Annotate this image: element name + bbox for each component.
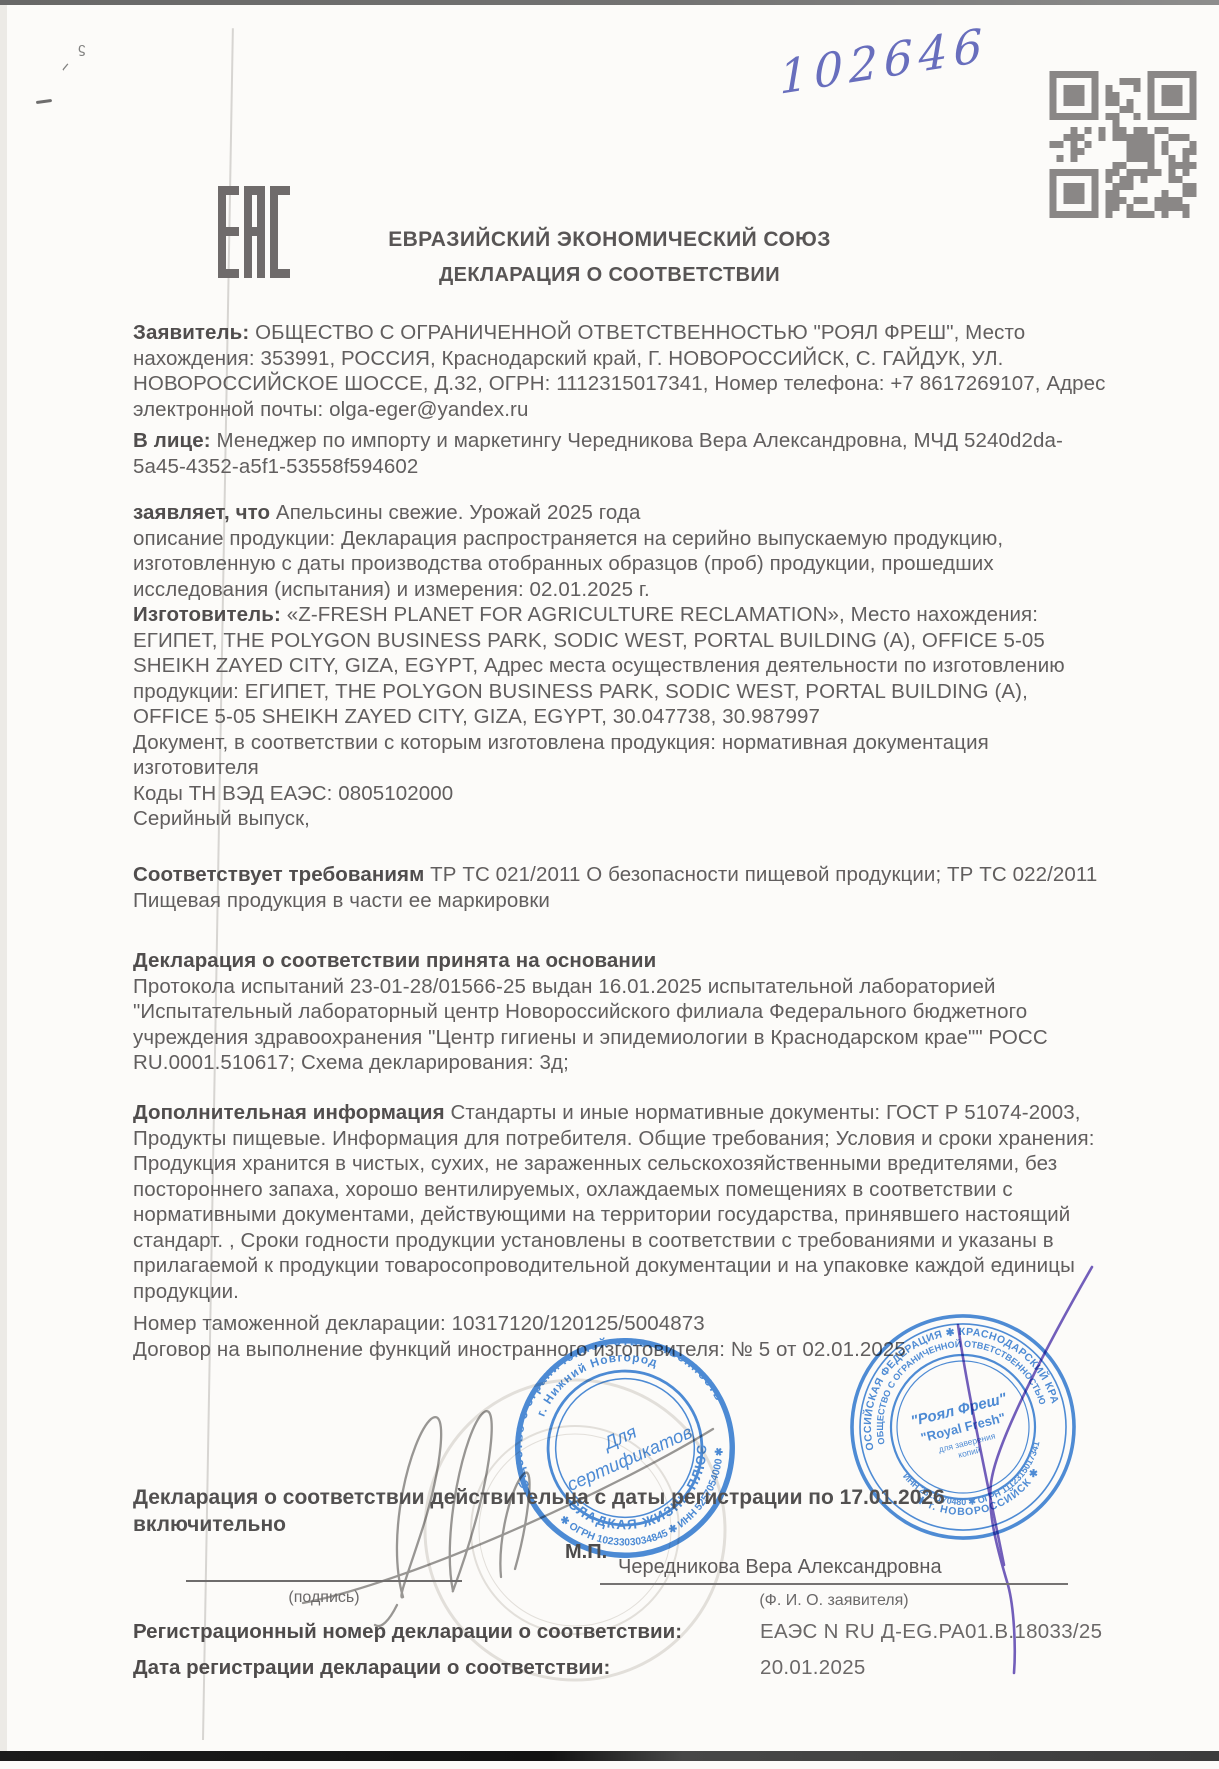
basis-label: Декларация о соответствии принята на осн…: [133, 948, 1108, 974]
registration-date-value: 20.01.2025: [760, 1656, 866, 1680]
ink-speck: [36, 99, 52, 104]
registration-number-label: Регистрационный номер декларации о соотв…: [133, 1620, 682, 1644]
product-description: описание продукции: Декларация распростр…: [133, 526, 1108, 603]
applicant-label: Заявитель:: [133, 321, 249, 344]
ink-speck: ι: [59, 59, 72, 74]
declares-label: заявляет, что: [133, 501, 270, 524]
manufacture-document-line: Документ, в соответствии с которым изгот…: [133, 730, 1108, 781]
declaration-document: ϛ ι 102646 ЕВРАЗИЙСКИЙ ЭКОНОМИЧЕСКИЙ СОЮ…: [0, 0, 1219, 1769]
tnved-code-line: Коды ТН ВЭД ЕАЭС: 0805102000: [133, 781, 1108, 807]
stamp-place-label: М.П.: [565, 1541, 607, 1564]
basis-text: Протокола испытаний 23-01-28/01566-25 вы…: [133, 974, 1108, 1076]
applicant-paragraph: Заявитель: ОБЩЕСТВО С ОГРАНИЧЕННОЙ ОТВЕТ…: [133, 320, 1108, 422]
basis-paragraph: Декларация о соответствии принята на осн…: [133, 948, 1108, 1076]
registration-number-value: ЕАЭС N RU Д-EG.РА01.В.18033/25: [760, 1620, 1102, 1644]
ink-speck: ϛ: [78, 40, 86, 57]
qr-code-icon: [1048, 71, 1198, 218]
validity-statement: Декларация о соответствии действительна …: [133, 1484, 1013, 1538]
scan-edge-top: [0, 0, 1219, 5]
scan-edge-bottom: [0, 1751, 1219, 1761]
representative-paragraph: В лице: Менеджер по импорту и маркетингу…: [133, 428, 1108, 479]
product-name: Апельсины свежие. Урожай 2025 года: [270, 501, 640, 524]
additional-info-label: Дополнительная информация: [133, 1101, 445, 1124]
registration-date-label: Дата регистрации декларации о соответств…: [133, 1656, 610, 1680]
representative-text: Менеджер по импорту и маркетингу Чередни…: [133, 429, 1063, 478]
fio-line: [600, 1583, 1068, 1585]
handwritten-number: 102646: [779, 17, 989, 105]
manufacturer-label: Изготовитель:: [133, 603, 281, 626]
representative-label: В лице:: [133, 429, 211, 452]
serial-release-line: Серийный выпуск,: [133, 806, 1108, 832]
union-title: ЕВРАЗИЙСКИЙ ЭКОНОМИЧЕСКИЙ СОЮЗ: [0, 228, 1219, 252]
document-title: ДЕКЛАРАЦИЯ О СООТВЕТСТВИИ: [0, 264, 1219, 287]
compliance-paragraph: Соответствует требованиям ТР ТС 021/2011…: [133, 862, 1108, 913]
signer-name: Чередникова Вера Александровна: [618, 1556, 942, 1579]
applicant-text: ОБЩЕСТВО С ОГРАНИЧЕННОЙ ОТВЕТСТВЕННОСТЬЮ…: [133, 321, 1106, 421]
signature-caption: (подпись): [186, 1589, 462, 1607]
manufacturer-paragraph: Изготовитель: «Z-FRESH PLANET FOR AGRICU…: [133, 602, 1108, 730]
signature-line: [186, 1580, 462, 1582]
declaration-subject: заявляет, что Апельсины свежие. Урожай 2…: [133, 500, 1108, 832]
declares-line: заявляет, что Апельсины свежие. Урожай 2…: [133, 500, 1108, 526]
compliance-label: Соответствует требованиям: [133, 863, 424, 886]
fio-caption: (Ф. И. О. заявителя): [600, 1592, 1068, 1610]
